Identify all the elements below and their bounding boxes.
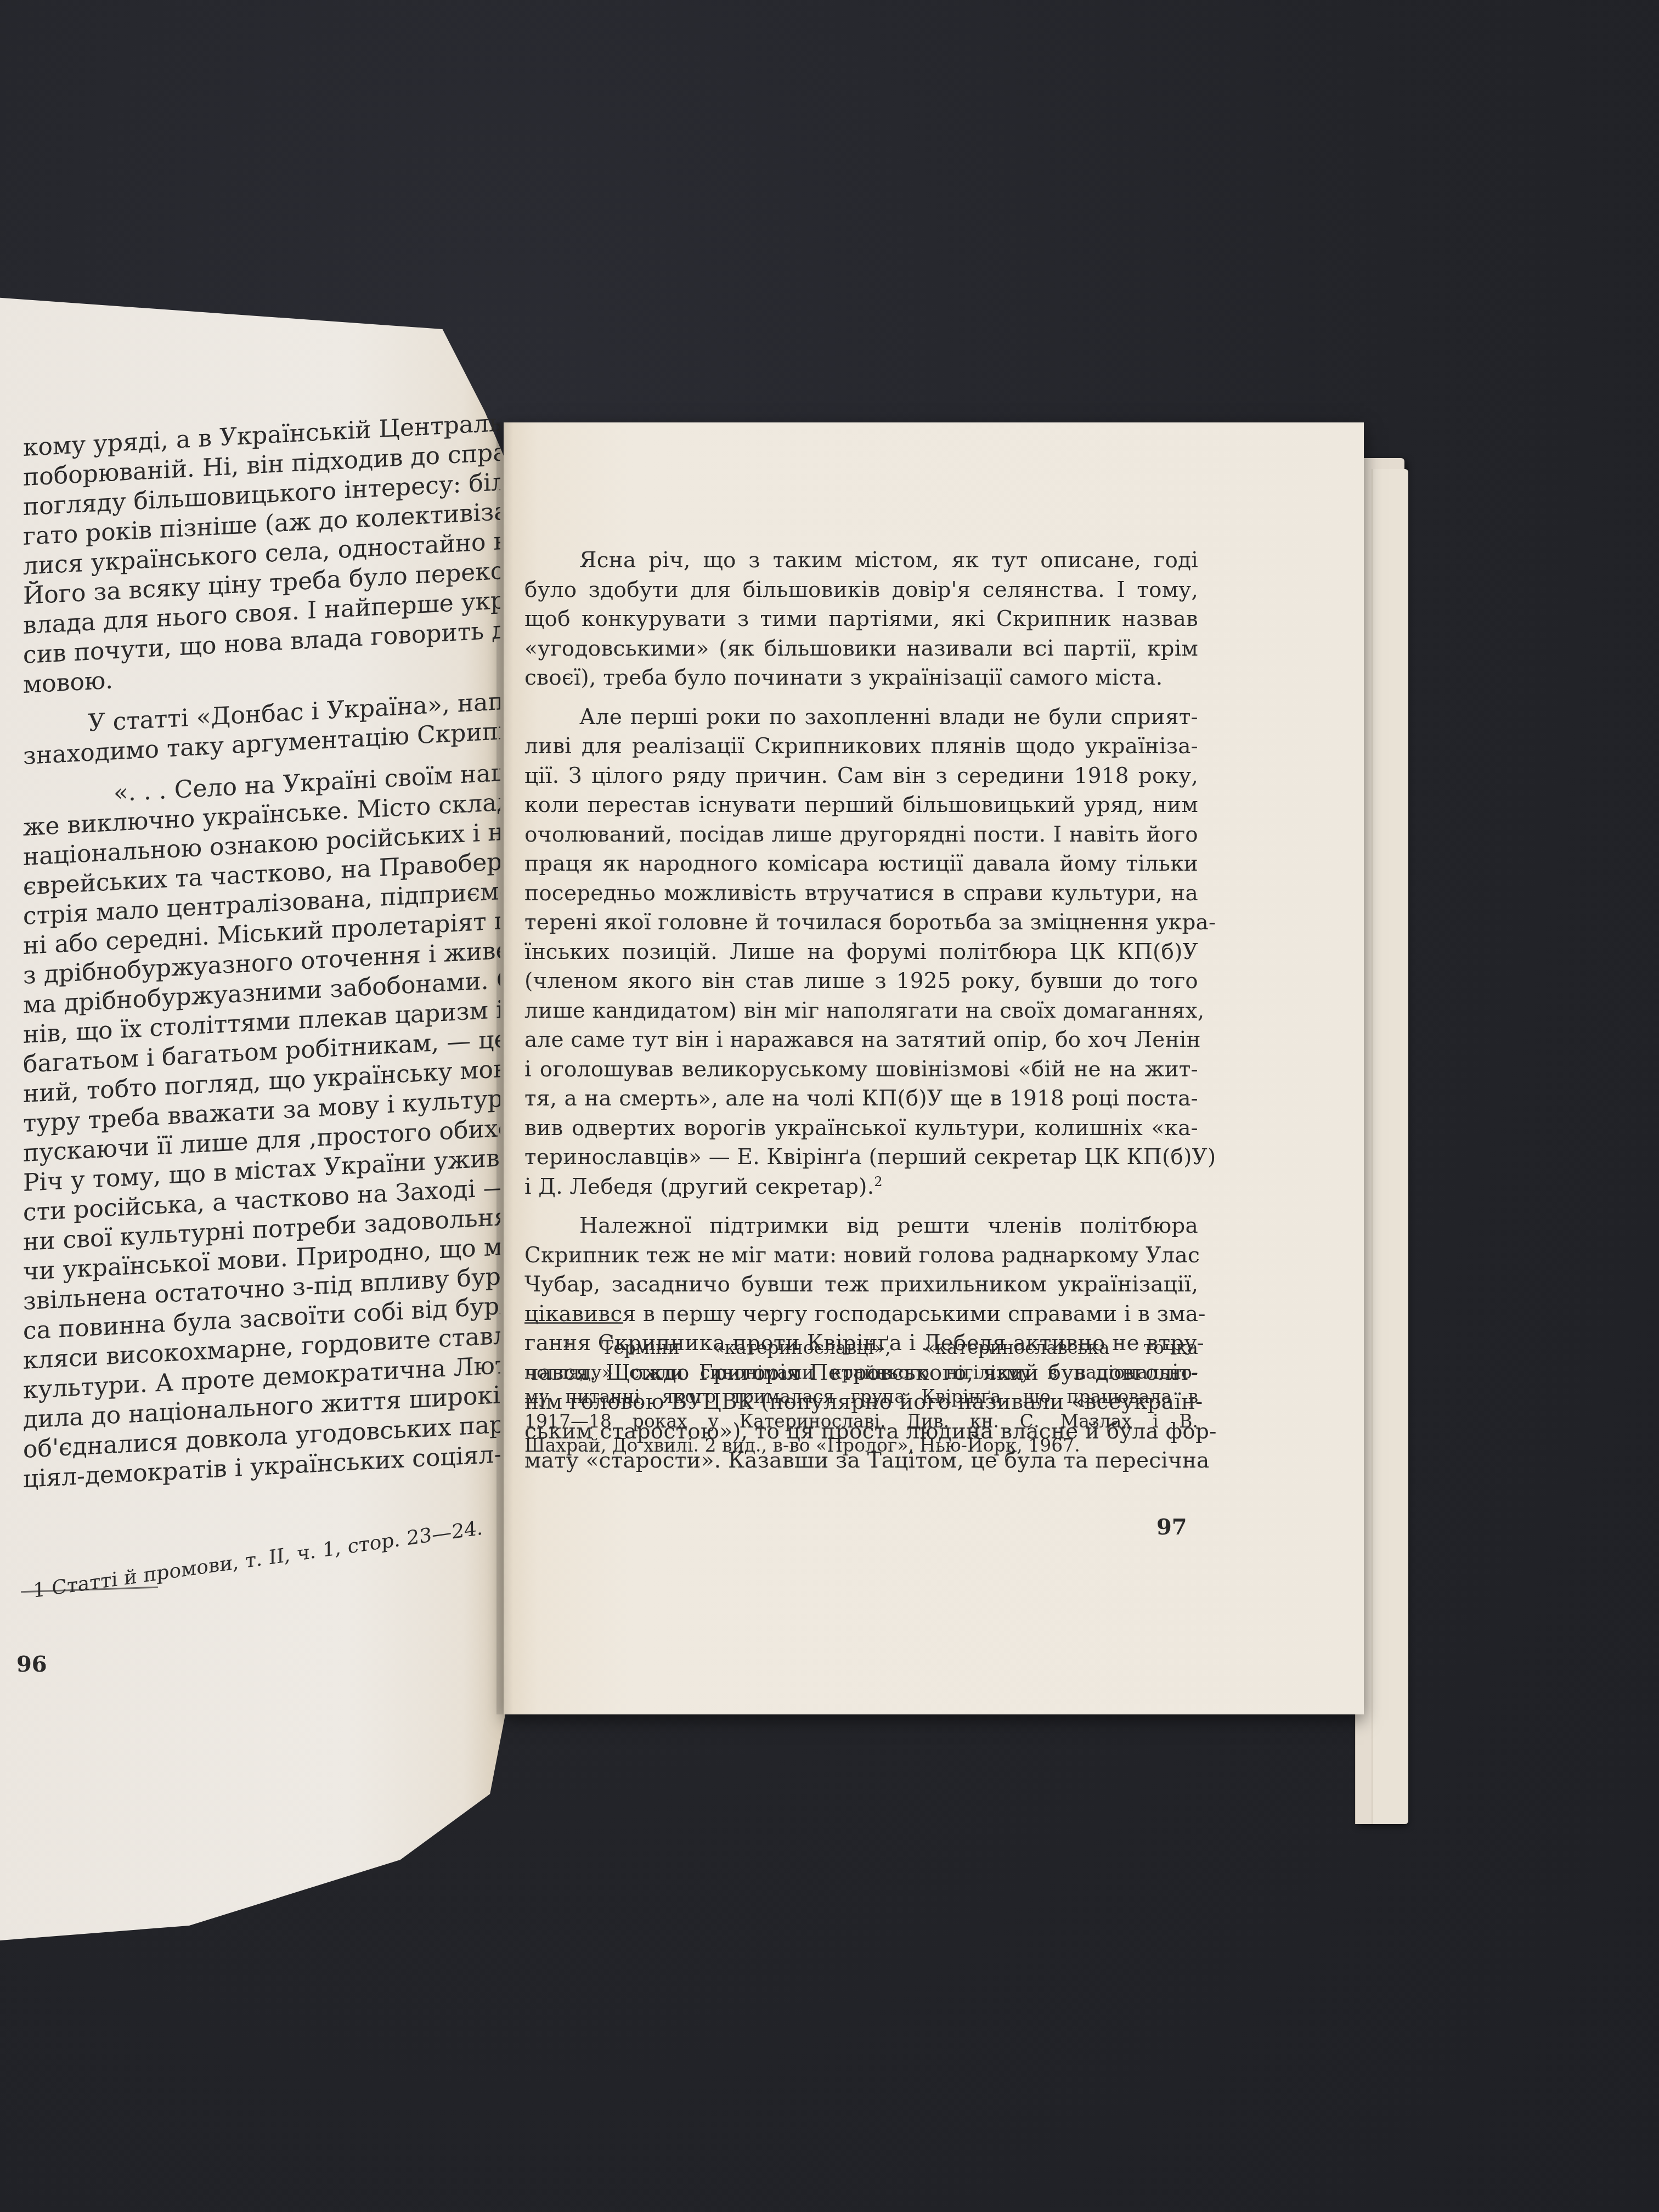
text-line: Скрипник теж не міг мати: новий голова р… (524, 1241, 1198, 1271)
page-block-edge-inner (1372, 469, 1408, 1824)
book-gutter-shadow (496, 422, 513, 1714)
text-line: праця як народного комісара юстиції дава… (524, 849, 1198, 879)
text-line: Ясна річ, що з таким містом, як тут опис… (524, 546, 1198, 575)
text-line: ливі для реалізації Скрипникових плянів … (524, 732, 1198, 761)
text-line: очолюваний, посідав лише другорядні пост… (524, 820, 1198, 850)
right-footnote-rule (524, 1322, 623, 1324)
text-line: вив одвертих ворогів української культур… (524, 1114, 1198, 1143)
text-line: Чубар, засадничо бувши теж прихильником … (524, 1270, 1198, 1300)
right-footnote: 2 Терміни «катеринославці», «катериносла… (524, 1336, 1198, 1458)
text-line: своєї), треба було починати з українізац… (524, 663, 1198, 693)
text-line: їнських позицій. Лише на форумі політбюр… (524, 938, 1198, 967)
text-line: цікавився в першу чергу господарськими с… (524, 1300, 1198, 1329)
footnote-line: погляду» стали синонімами крайнього нігі… (524, 1361, 1198, 1385)
text-line: було здобути для більшовиків довір'я сел… (524, 575, 1198, 605)
footnote-line: Шахрай, До хвилі. 2 вид., в-во «Пролог»,… (524, 1434, 1198, 1458)
text-line: лише кандидатом) він міг наполягати на с… (524, 996, 1198, 1026)
left-page-number: 96 (16, 1651, 47, 1677)
right-page-number: 97 (1156, 1514, 1187, 1540)
text-line: ції. З цілого ряду причин. Сам він з сер… (524, 761, 1198, 791)
footnote-line: 1917—18 роках у Катеринославі. Див. кн. … (524, 1409, 1198, 1434)
text-line: коли перестав існувати перший більшовиць… (524, 791, 1198, 820)
text-line: і Д. Лебедя (другий секретар).2 (524, 1172, 1198, 1202)
left-page-body-text: кому уряді, а в Українській Центральній … (23, 408, 500, 1494)
right-page: Ясна річ, що з таким містом, як тут опис… (504, 422, 1364, 1714)
paragraph: Ясна річ, що з таким містом, як тут опис… (524, 546, 1198, 693)
footnote-marker: 2 (563, 1337, 601, 1350)
text-line: Але перші роки по захопленні влади не бу… (524, 703, 1198, 732)
footnote-line: му питанні, якого трималася група Квірін… (524, 1385, 1198, 1409)
text-line: щоб конкурувати з тими партіями, які Скр… (524, 605, 1198, 634)
text-line: тя, а на смерть», але на чолі КП(б)У ще … (524, 1084, 1198, 1114)
text-line: «угодовськими» (як більшовики називали в… (524, 634, 1198, 664)
footnote-line: 2 Терміни «катеринославці», «катериносла… (524, 1336, 1198, 1361)
text-line: і оголошував великоруському шовінізмові … (524, 1055, 1198, 1085)
text-line: але саме тут він і наражався на затятий … (524, 1025, 1198, 1055)
text-line: (членом якого він став лише з 1925 року,… (524, 967, 1198, 996)
paragraph: Але перші роки по захопленні влади не бу… (524, 703, 1198, 1202)
text-line: посередньо можливість втручатися в справ… (524, 879, 1198, 909)
text-line: терені якої головне й точилася боротьба … (524, 908, 1198, 938)
footnote-reference[interactable]: 2 (874, 1174, 883, 1189)
text-line: теринославців» — Е. Квірінґа (перший сек… (524, 1143, 1198, 1172)
text-line: Належної підтримки від решти членів полі… (524, 1211, 1198, 1241)
